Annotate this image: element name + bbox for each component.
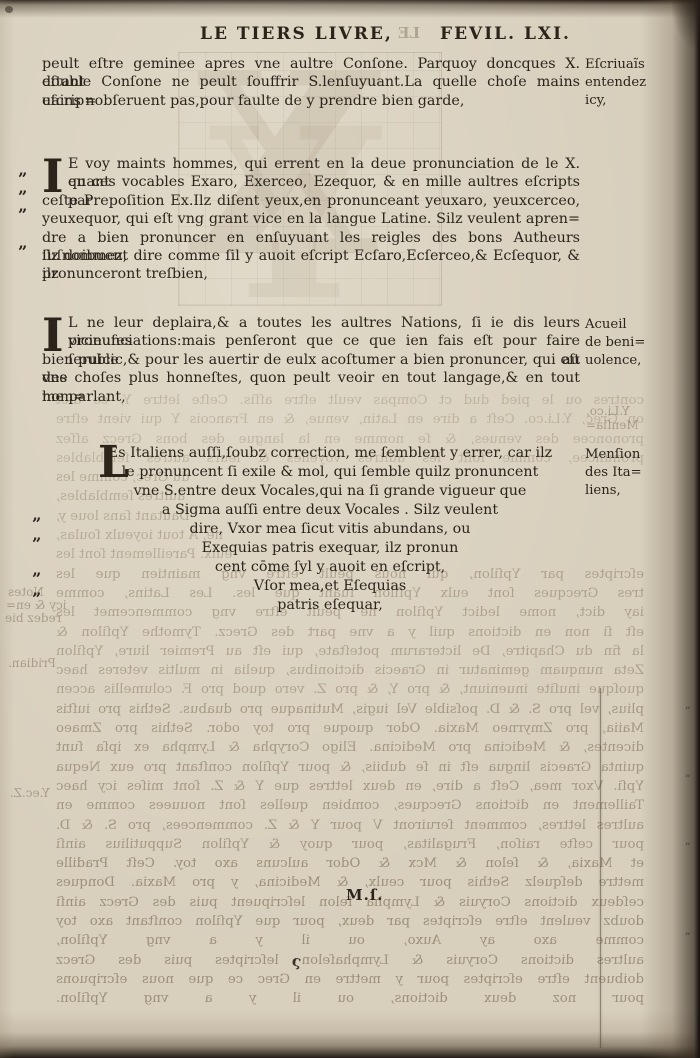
text-line: double Conſone ne peult ſouffrir S.lenſu…: [42, 73, 580, 91]
text-line: a Sigma auſſi entre deux Vocales . Silz …: [58, 501, 602, 520]
margin-quote-mark: ”: [32, 537, 41, 551]
text-line: L ne leur deplaira,& a toutes les aultre…: [42, 314, 580, 332]
page-title: LE TIERS LIVRE,: [200, 24, 393, 44]
text-line: dre a bien pronuncer en enſuyuant les re…: [42, 229, 580, 247]
margin-quote-mark: ”: [32, 572, 41, 586]
margin-note-1: Eſcriuaĩsentendezicy,: [585, 56, 667, 110]
bleedthrough-line: quoſque inuſite inueniunt, & pro Y, & pr…: [56, 680, 644, 699]
bleedthrough-line: dicentes, & Medicina pro Medicina. Eligo…: [56, 738, 644, 757]
text-line: vne S.entre deux Vocales,qui na ſi grand…: [58, 482, 602, 501]
drop-cap-i: I: [42, 156, 64, 196]
edge-ink-mark: „: [685, 924, 691, 937]
bleedthrough-line: quinta Graecis lingua eſt in ſe dubiis, …: [56, 758, 644, 777]
text-line: ceſte Prepoſition Ex.Ilz diſent yeux,en …: [42, 192, 580, 210]
margin-note-2: Acueilde beni=uolence,: [585, 316, 667, 370]
margin-note-3: Menſiondes Ita=liens,: [585, 446, 667, 500]
book-page-scan: X Y LE contres ou le pied dud ct Compas …: [0, 0, 700, 1058]
ink-speck: [5, 6, 13, 13]
margin-quote-mark: ”: [18, 245, 27, 259]
margin-note-line: de beni=: [585, 334, 667, 352]
bleedthrough-line: pour ceſte raiſon, Frugalitas, pour quoy…: [56, 835, 644, 854]
margin-quote-mark: ”: [18, 172, 27, 186]
text-line: pronunceront treſbien,: [42, 265, 580, 283]
bleedthrough-line: Zeta nunquam geminatur in Graecis dictio…: [56, 661, 644, 680]
text-line: E voy maints hommes, qui errent en la de…: [42, 155, 580, 173]
running-header: LE TIERS LIVRE, FEVIL. LXI.: [0, 24, 700, 46]
margin-quote-mark: ”: [32, 592, 41, 606]
text-line: Vſor mea,et Eſequias: [58, 577, 602, 596]
bleedthrough-stub: Pridian.: [8, 656, 56, 670]
edge-ink-mark: „: [685, 698, 691, 711]
margin-note-line: Eſcriuaĩs: [585, 56, 667, 74]
bleedthrough-line: Taillement en dictions Grecques, combien…: [56, 796, 644, 815]
text-line: en ces vocables Exaro, Exerceo, Ezequor,…: [42, 173, 580, 191]
text-line: yeuxequor, qui eſt vng grant vice en la …: [42, 210, 580, 228]
bleedthrough-stub: Y.ec.Z.: [10, 786, 50, 800]
bleedthrough-line: doubz veulent eſtre eſcriptes par deux, …: [56, 912, 644, 931]
margin-note-line: entendez: [585, 74, 667, 92]
text-line: patris eſequar,: [58, 596, 602, 615]
bleedthrough-line: on Grec, Y.Li.co. Ceſt a dire en Latin, …: [56, 410, 644, 429]
text-line: cent cōme ſyl y auoit en eſcript,: [58, 558, 602, 577]
text-line: uains nobſeruent pas,pour faulte de y pr…: [42, 92, 580, 110]
bleedthrough-stub: Y.Li.co,: [586, 404, 630, 418]
text-line: me parlant,: [42, 388, 580, 406]
paragraph-4-triangle: Es Italiens auſſi,ſoubz correction, me ſ…: [58, 444, 602, 615]
margin-note-line: des Ita=: [585, 464, 667, 482]
bleedthrough-stub: Menſia=: [586, 418, 639, 432]
bleedthrough-line: la fin du Chapitre, De licterarum poteſt…: [56, 642, 644, 661]
text-line: Exequias patris exequar, ilz pronun: [58, 539, 602, 558]
bleedthrough-line: eſt ſi non en dictions quil y a vne part…: [56, 623, 644, 642]
bleedthrough-line: comme axo ay Auxo, ou il y a vng Ypſilon…: [56, 931, 644, 950]
text-line: ilz doibuent dire comme ſil y auoit eſcr…: [42, 247, 580, 265]
bleedthrough-line: plius, vel pro S. & D. poſsible Vel iugi…: [56, 700, 644, 719]
bleedthrough-stub: redez bie: [5, 611, 61, 625]
bleedthrough-line: aultres dictions Coryuis & Lymphaſelon l…: [56, 951, 644, 970]
paragraph-3: I L ne leur deplaira,& a toutes les ault…: [42, 314, 580, 406]
bleedthrough-line: et Maxia, & ſelon & Mcx & Odor aulcuns a…: [56, 854, 644, 873]
edge-ink-mark: „: [685, 766, 691, 779]
text-line: dire, Vxor mea ſicut vitis abundans, ou: [58, 520, 602, 539]
text-line: le pronuncent ſi exile & mol, qui ſemble…: [58, 463, 602, 482]
margin-note-line: icy,: [585, 92, 667, 110]
text-line: pronunciations:mais penſeront que ce que…: [42, 332, 580, 350]
drop-cap-i: I: [42, 315, 64, 355]
text-line: peult eſtre geminee apres vne aultre Con…: [42, 55, 580, 73]
margin-quote-mark: ”: [32, 517, 41, 531]
bleedthrough-line: Maiia, pro Zmyrneo Maxia. Odor quoque pr…: [56, 719, 644, 738]
margin-quote-mark: ”: [18, 208, 27, 222]
paragraph-1: peult eſtre geminee apres vne aultre Con…: [42, 55, 580, 110]
margin-quote-mark: ”: [18, 190, 27, 204]
bleedthrough-line: pour noz deux dictions, ou il y a vng Yp…: [56, 989, 644, 1008]
edge-ink-mark: „: [685, 834, 691, 847]
margin-note-line: liens,: [585, 482, 667, 500]
margin-note-line: uolence,: [585, 352, 667, 370]
bleedthrough-line: aultres lettres, comment ſeruiront V pou…: [56, 816, 644, 835]
page-crease-line: [600, 688, 601, 1048]
paragraph-2: I E voy maints hommes, qui errent en la …: [42, 155, 580, 284]
signature-mark: M.ſ.: [346, 886, 384, 904]
text-line: Es Italiens auſſi,ſoubz correction, me ſ…: [58, 444, 602, 463]
text-line: des choſes plus honneſtes, quon peult ve…: [42, 369, 580, 387]
bleedthrough-line: doibuent eſtre eſcriptes pour y mettre e…: [56, 970, 644, 989]
corner-shadow: [672, 0, 700, 48]
catchword-mark: ς: [291, 951, 303, 970]
bleedthrough-line: Ypſi. Vxor mea, Ceſt a dire, en deux let…: [56, 777, 644, 796]
text-line: bien public,& pour les auertir de eulx a…: [42, 351, 580, 369]
margin-note-line: Menſion: [585, 446, 667, 464]
margin-note-line: Acueil: [585, 316, 667, 334]
folio-number: FEVIL. LXI.: [440, 24, 571, 44]
